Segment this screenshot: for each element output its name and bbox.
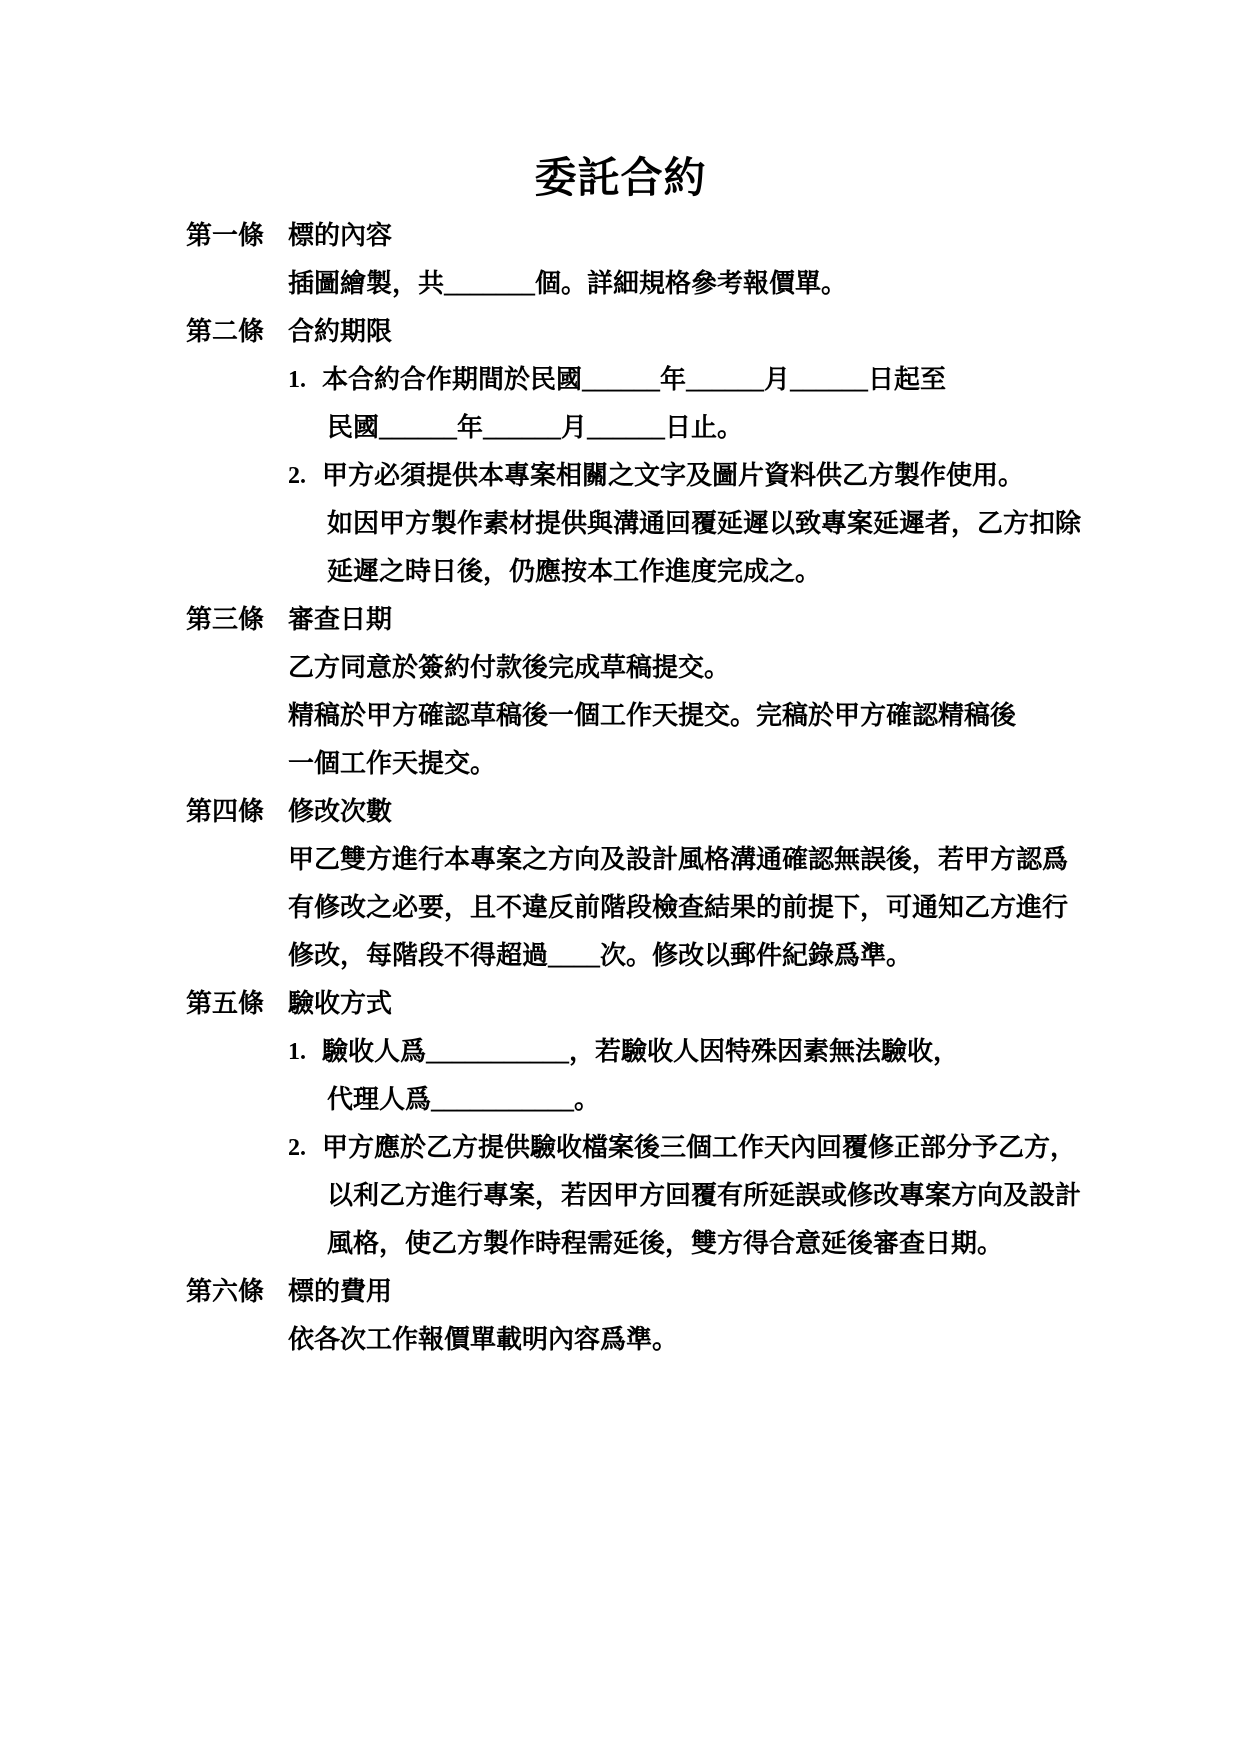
article-heading: 標的內容 (288, 212, 392, 260)
article-heading: 審查日期 (288, 596, 392, 644)
paragraph-line: 依各次工作報價單載明內容爲準。 (186, 1316, 1141, 1364)
paragraph-line: 一個工作天提交。 (186, 740, 1141, 788)
contract-document-page: 委託合約 第一條標的內容插圖繪製，共_______個。詳細規格參考報價單。第二條… (0, 0, 1241, 1755)
item-continuation-line: 民國______年______月______日止。 (186, 404, 1141, 452)
article-label: 第六條 (186, 1268, 288, 1316)
article-3: 第三條審查日期乙方同意於簽約付款後完成草稿提交。精稿於甲方確認草稿後一個工作天提… (186, 596, 1141, 788)
item-text: 甲方應於乙方提供驗收檔案後三個工作天內回覆修正部分予乙方， (322, 1124, 1076, 1172)
article-label: 第五條 (186, 980, 288, 1028)
article-6: 第六條標的費用依各次工作報價單載明內容爲準。 (186, 1268, 1141, 1364)
article-heading: 合約期限 (288, 308, 392, 356)
paragraph-line: 有修改之必要，且不違反前階段檢查結果的前提下，可通知乙方進行 (186, 884, 1141, 932)
numbered-item-line: 1.本合約合作期間於民國______年______月______日起至 (186, 356, 1141, 404)
article-2: 第二條合約期限1.本合約合作期間於民國______年______月______日… (186, 308, 1141, 596)
article-head: 第六條標的費用 (186, 1268, 1141, 1316)
article-heading: 驗收方式 (288, 980, 392, 1028)
item-text: 驗收人爲___________，若驗收人因特殊因素無法驗收， (322, 1028, 959, 1076)
article-4: 第四條修改次數甲乙雙方進行本專案之方向及設計風格溝通確認無誤後，若甲方認爲有修改… (186, 788, 1141, 980)
item-continuation-line: 延遲之時日後，仍應按本工作進度完成之。 (186, 548, 1141, 596)
article-head: 第五條驗收方式 (186, 980, 1141, 1028)
numbered-item-line: 2.甲方必須提供本專案相關之文字及圖片資料供乙方製作使用。 (186, 452, 1141, 500)
paragraph-line: 插圖繪製，共_______個。詳細規格參考報價單。 (186, 260, 1141, 308)
numbered-item-line: 2.甲方應於乙方提供驗收檔案後三個工作天內回覆修正部分予乙方， (186, 1124, 1141, 1172)
item-number: 1. (288, 356, 322, 404)
article-5: 第五條驗收方式1.驗收人爲___________，若驗收人因特殊因素無法驗收，代… (186, 980, 1141, 1268)
paragraph-line: 精稿於甲方確認草稿後一個工作天提交。完稿於甲方確認精稿後 (186, 692, 1141, 740)
document-title: 委託合約 (0, 146, 1241, 212)
article-label: 第一條 (186, 212, 288, 260)
article-head: 第三條審查日期 (186, 596, 1141, 644)
item-text: 本合約合作期間於民國______年______月______日起至 (322, 356, 946, 404)
item-number: 2. (288, 1124, 322, 1172)
item-continuation-line: 以利乙方進行專案，若因甲方回覆有所延誤或修改專案方向及設計 (186, 1172, 1141, 1220)
article-heading: 修改次數 (288, 788, 392, 836)
articles-container: 第一條標的內容插圖繪製，共_______個。詳細規格參考報價單。第二條合約期限1… (186, 212, 1141, 1364)
item-number: 2. (288, 452, 322, 500)
article-label: 第二條 (186, 308, 288, 356)
numbered-item-line: 1.驗收人爲___________，若驗收人因特殊因素無法驗收， (186, 1028, 1141, 1076)
item-continuation-line: 風格，使乙方製作時程需延後，雙方得合意延後審查日期。 (186, 1220, 1141, 1268)
article-head: 第一條標的內容 (186, 212, 1141, 260)
paragraph-line: 修改，每階段不得超過____次。修改以郵件紀錄爲準。 (186, 932, 1141, 980)
article-label: 第三條 (186, 596, 288, 644)
article-heading: 標的費用 (288, 1268, 392, 1316)
item-text: 甲方必須提供本專案相關之文字及圖片資料供乙方製作使用。 (322, 452, 1024, 500)
item-continuation-line: 代理人爲___________。 (186, 1076, 1141, 1124)
article-head: 第四條修改次數 (186, 788, 1141, 836)
article-head: 第二條合約期限 (186, 308, 1141, 356)
paragraph-line: 甲乙雙方進行本專案之方向及設計風格溝通確認無誤後，若甲方認爲 (186, 836, 1141, 884)
article-label: 第四條 (186, 788, 288, 836)
article-1: 第一條標的內容插圖繪製，共_______個。詳細規格參考報價單。 (186, 212, 1141, 308)
item-continuation-line: 如因甲方製作素材提供與溝通回覆延遲以致專案延遲者，乙方扣除 (186, 500, 1141, 548)
paragraph-line: 乙方同意於簽約付款後完成草稿提交。 (186, 644, 1141, 692)
item-number: 1. (288, 1028, 322, 1076)
